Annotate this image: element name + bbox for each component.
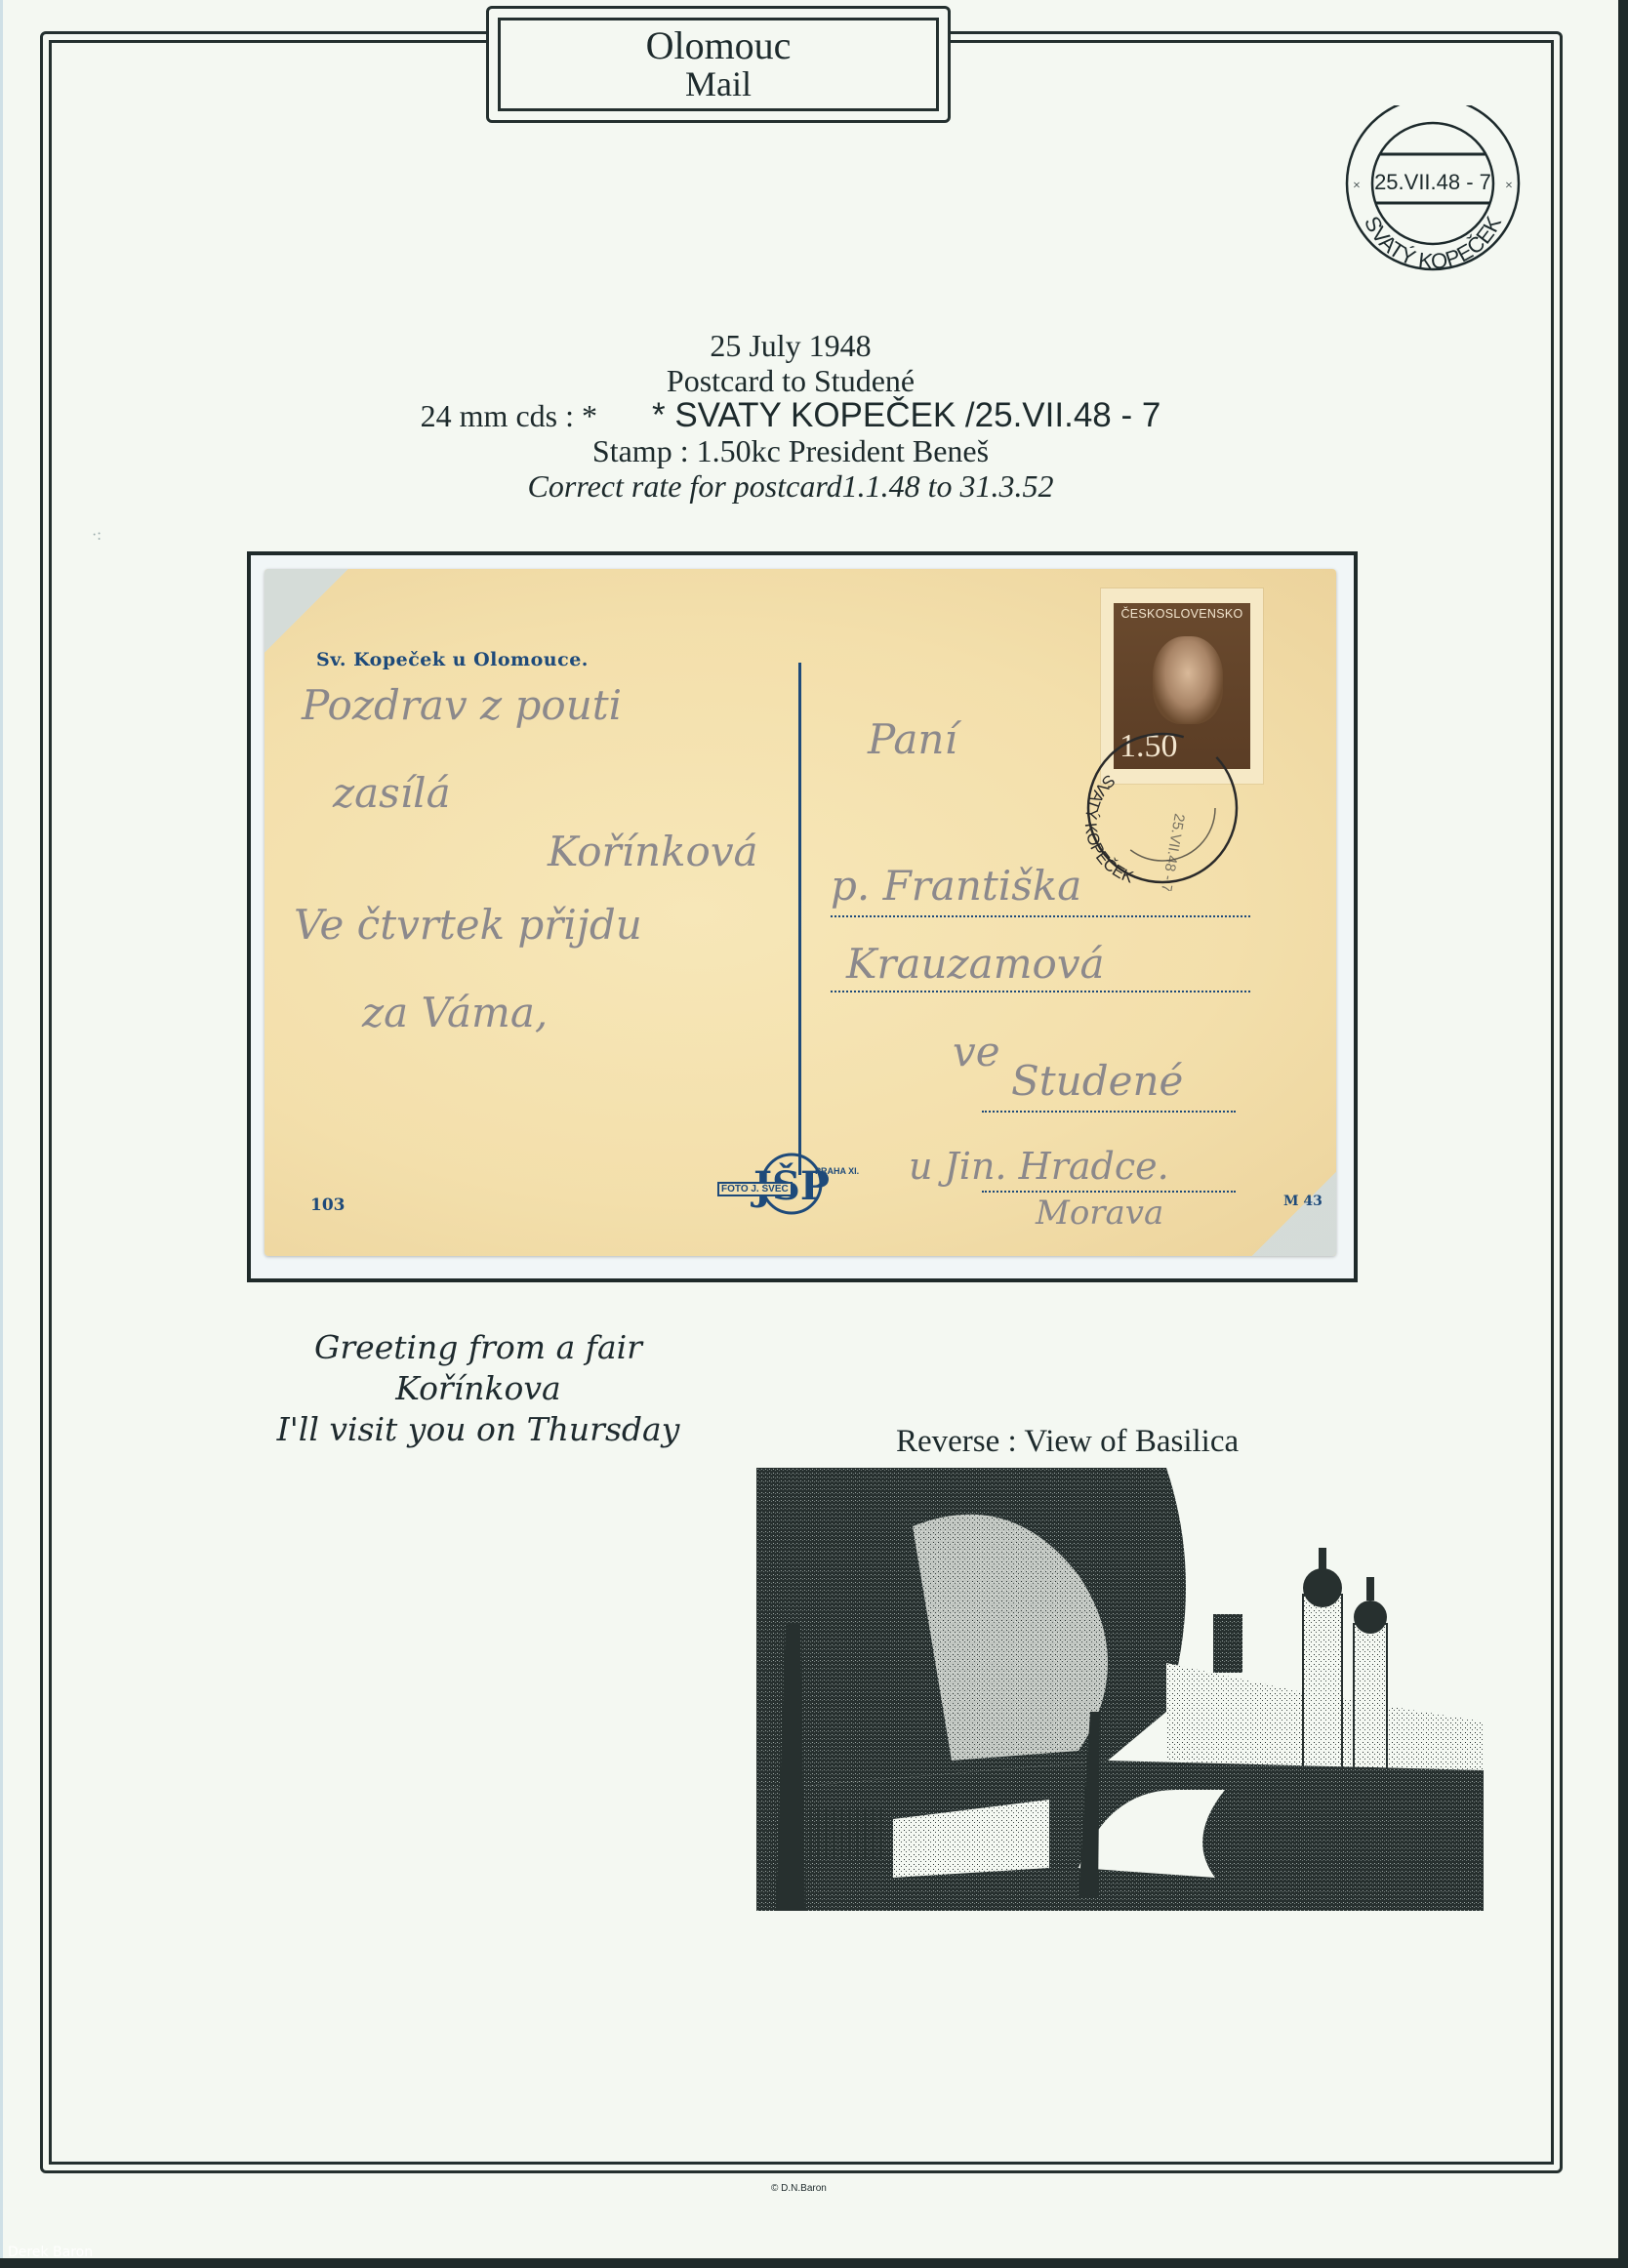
page-title: Olomouc Mail (498, 18, 939, 111)
card-series: M 43 (1283, 1194, 1323, 1209)
message-line: Pozdrav z pouti (302, 681, 622, 729)
address-rule (982, 1191, 1236, 1193)
message-translation: Greeting from a fair Kořínkova I'll visi… (224, 1327, 732, 1450)
cds-row: 24 mm cds : * * SVATY KOPEČEK /25.VII.48… (293, 398, 1288, 433)
address-line: p. Františka (831, 862, 1081, 910)
stamp-country: ČESKOSLOVENSKO (1114, 607, 1250, 621)
stamp-description: Stamp : 1.50kc President Beneš (293, 433, 1288, 468)
translation-line: Greeting from a fair (224, 1327, 732, 1368)
scan-edge (0, 2258, 1628, 2268)
postcard-mount: Sv. Kopeček u Olomouce. Pozdrav z pouti … (247, 551, 1358, 1282)
message-line: za Váma, (362, 989, 548, 1036)
address-rule (831, 991, 1250, 992)
photographer-name: FOTO J. ŠVEC (717, 1182, 793, 1196)
photo-corner (265, 569, 350, 655)
cancel-town: SVATÝ KOPEČEK (1081, 771, 1137, 887)
title-line-2: Mail (685, 65, 752, 102)
item-type: Postcard to Studené (293, 363, 1288, 398)
title-line-1: Olomouc (646, 26, 792, 65)
card-number: 103 (310, 1195, 346, 1215)
cds-value: * SVATY KOPEČEK /25.VII.48 - 7 (652, 398, 1160, 433)
address-line: u Jin. Hradce. (909, 1145, 1169, 1188)
message-line: Kořínková (548, 828, 758, 875)
basilica-photo (756, 1468, 1484, 1911)
postcard-divider (798, 663, 801, 1175)
scan-edge (0, 0, 3, 2268)
address-line: Krauzamová (846, 940, 1105, 988)
watermark: Derek Baron (8, 2245, 93, 2260)
item-description: 25 July 1948 Postcard to Studené 24 mm c… (293, 328, 1288, 504)
scan-speck: ·: (92, 527, 102, 545)
copyright-notice: © D.N.Baron (771, 2183, 827, 2194)
cancel-postmark: SVATÝ KOPEČEK 25.VII.48 - 7 (1079, 725, 1245, 891)
scan-edge (1618, 0, 1628, 2268)
publisher-caption: Sv. Kopeček u Olomouce. (316, 649, 589, 670)
address-rule (831, 915, 1250, 917)
address-line: ve (953, 1028, 1000, 1075)
item-date: 25 July 1948 (293, 328, 1288, 363)
postmark-date: 25.VII.48 - 7 (1374, 170, 1491, 194)
photographer-logo: JŠP FOTO J. ŠVEC PRAHA XI. (713, 1147, 870, 1219)
translation-line: Kořínkova (224, 1368, 732, 1409)
reverse-caption: Reverse : View of Basilica (896, 1424, 1239, 1460)
postmark-ornament: × (1353, 179, 1361, 193)
address-rule (982, 1111, 1236, 1113)
postcard: Sv. Kopeček u Olomouce. Pozdrav z pouti … (265, 569, 1336, 1256)
postal-rate: Correct rate for postcard1.1.48 to 31.3.… (293, 468, 1288, 504)
message-line: zasílá (333, 769, 451, 817)
page-title-box: Olomouc Mail (486, 6, 951, 123)
address-line: Studené (1011, 1057, 1183, 1105)
message-line: Ve čtvrtek přijdu (294, 901, 642, 949)
portrait-icon (1153, 636, 1223, 724)
photo-corner (1250, 1170, 1336, 1256)
postmark-ornament: × (1505, 179, 1513, 193)
postmark-illustration: 25.VII.48 - 7 × × SVATÝ KOPEČEK (1335, 105, 1530, 271)
address-line: Morava (1036, 1194, 1163, 1233)
translation-line: I'll visit you on Thursday (224, 1409, 732, 1450)
address-line: Paní (868, 715, 957, 763)
svg-text:SVATÝ KOPEČEK: SVATÝ KOPEČEK (1081, 771, 1137, 887)
photographer-city: PRAHA XI. (815, 1166, 859, 1176)
cds-label: 24 mm cds : * (421, 398, 597, 433)
